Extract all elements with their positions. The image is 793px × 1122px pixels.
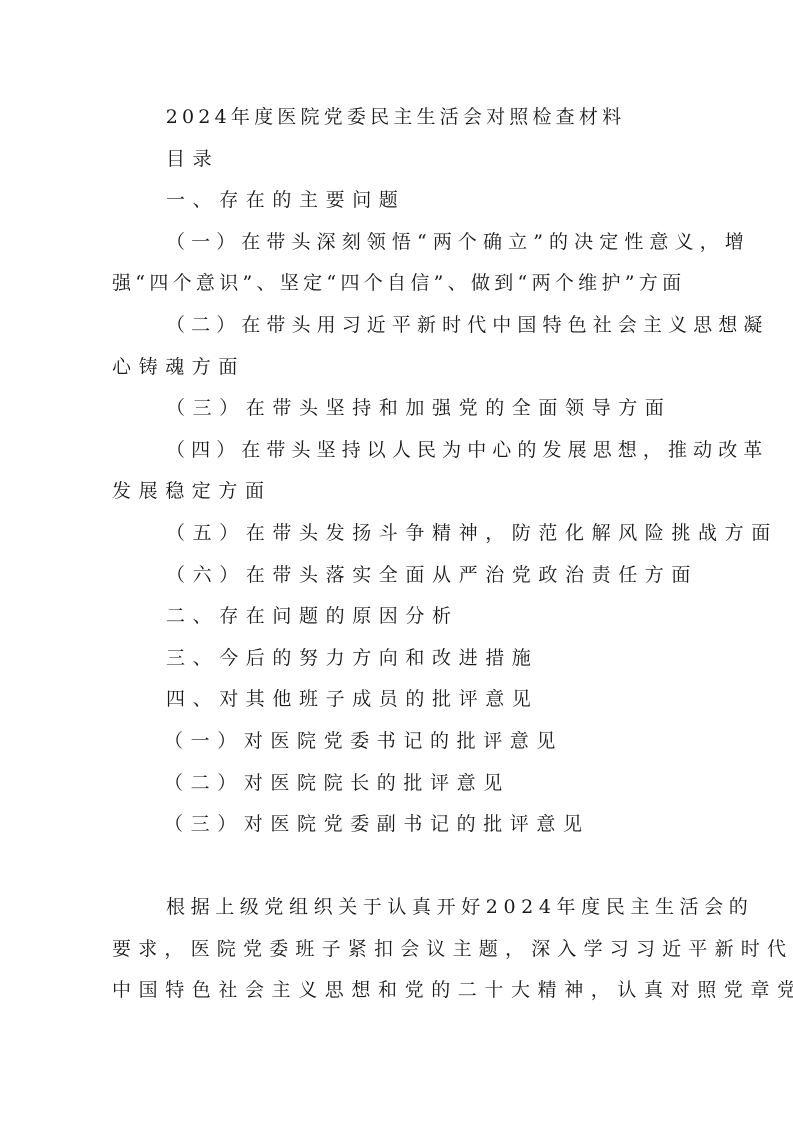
document-page: 2024年度医院党委民主生活会对照检查材料 目录 一、存在的主要问题 （一）在带… [112, 97, 673, 1012]
toc-item-1-6: （六）在带头落实全面从严治党政治责任方面 [112, 555, 673, 597]
body-paragraph-line-2: 要求，医院党委班子紧扣会议主题，深入学习习近平新时代 [112, 929, 673, 971]
body-paragraph-line-3: 中国特色社会主义思想和党的二十大精神，认真对照党章党 [112, 970, 673, 1012]
toc-item-1-1-line-2: 强“四个意识”、坚定“四个自信”、做到“两个维护”方面 [112, 263, 673, 305]
toc-item-1-4-line-1: （四）在带头坚持以人民为中心的发展思想，推动改革 [112, 430, 673, 472]
toc-item-1-5: （五）在带头发扬斗争精神，防范化解风险挑战方面 [112, 513, 673, 555]
toc-heading: 目录 [112, 139, 673, 181]
toc-item-section-3: 三、今后的努力方向和改进措施 [112, 638, 673, 680]
toc-item-1-2-line-2: 心铸魂方面 [112, 347, 673, 389]
toc-item-4-3: （三）对医院党委副书记的批评意见 [112, 804, 673, 846]
toc-item-4-1: （一）对医院党委书记的批评意见 [112, 721, 673, 763]
toc-item-1-3: （三）在带头坚持和加强党的全面领导方面 [112, 388, 673, 430]
toc-item-4-2: （二）对医院院长的批评意见 [112, 763, 673, 805]
body-paragraph-line-1: 根据上级党组织关于认真开好2024年度民主生活会的 [112, 887, 673, 929]
toc-item-1-4-line-2: 发展稳定方面 [112, 471, 673, 513]
toc-item-section-1: 一、存在的主要问题 [112, 180, 673, 222]
toc-item-1-2-line-1: （二）在带头用习近平新时代中国特色社会主义思想凝 [112, 305, 673, 347]
toc-item-1-1-line-1: （一）在带头深刻领悟“两个确立”的决定性意义，增 [112, 222, 673, 264]
toc-text: （一）在带头深刻领悟“两个确立”的决定性意义，增 [166, 231, 750, 253]
spacer [112, 846, 673, 888]
toc-item-section-4: 四、对其他班子成员的批评意见 [112, 679, 673, 721]
document-title: 2024年度医院党委民主生活会对照检查材料 [112, 97, 673, 139]
toc-item-section-2: 二、存在问题的原因分析 [112, 596, 673, 638]
